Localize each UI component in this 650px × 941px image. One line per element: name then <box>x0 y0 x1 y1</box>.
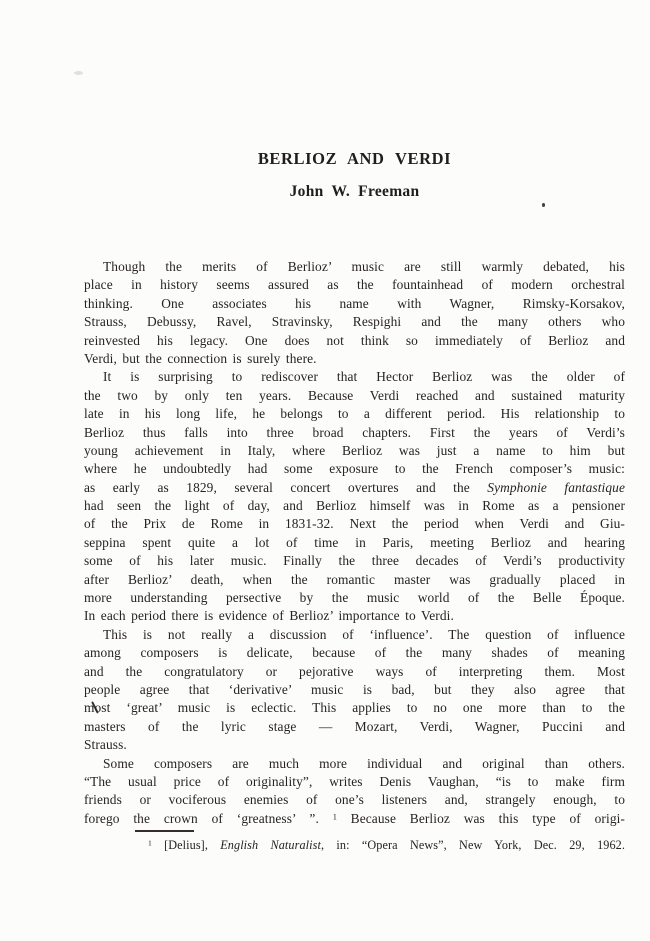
text-segment: late in his long life, he belongs to a d… <box>84 406 625 421</box>
text-line: Verdi, but the connection is surely ther… <box>84 350 625 368</box>
text-segment: Some composers are much more individual … <box>103 756 625 771</box>
scanned-page: BERLIOZ AND VERDI John W. Freeman Though… <box>0 0 650 941</box>
footnote-divider <box>135 830 194 832</box>
text-line: late in his long life, he belongs to a d… <box>84 405 625 423</box>
text-line: after Berlioz’ death, when the romantic … <box>84 571 625 589</box>
article-title: BERLIOZ AND VERDI <box>84 150 625 167</box>
text-line: young achievement in Italy, where Berlio… <box>84 442 625 460</box>
article-header: BERLIOZ AND VERDI John W. Freeman <box>84 150 625 200</box>
text-segment: some of his later music. Finally the thr… <box>84 553 625 568</box>
text-segment: , in: “Opera News”, New York, Dec. 29, 1… <box>321 838 625 852</box>
text-segment: after Berlioz’ death, when the romantic … <box>84 572 625 587</box>
text-line: friends or vociferous enemies of one’s l… <box>84 791 625 809</box>
ink-speck <box>542 203 545 207</box>
text-line: thinking. One associates his name with W… <box>84 295 625 313</box>
text-segment: and the congratulatory or pejorative way… <box>84 664 625 679</box>
text-line: and the congratulatory or pejorative way… <box>84 663 625 681</box>
text-segment: In each period there is evidence of Berl… <box>84 608 454 623</box>
text-segment: “The usual price of originality”, writes… <box>84 774 625 789</box>
text-line: had seen the light of day, and Berlioz h… <box>84 497 625 515</box>
text-line: people agree that ‘derivative’ music is … <box>84 681 625 699</box>
text-segment: Strauss, Debussy, Ravel, Stravinsky, Res… <box>84 314 625 329</box>
text-segment: Verdi, but the connection is surely ther… <box>84 351 317 366</box>
text-line: forego the crown of ‘greatness’ ”. 1 Bec… <box>84 810 625 828</box>
text-segment: Though the merits of Berlioz’ music are … <box>103 259 625 274</box>
text-segment: friends or vociferous enemies of one’s l… <box>84 792 625 807</box>
text-line: seppina spent quite a lot of time in Par… <box>84 534 625 552</box>
text-segment: [Delius], <box>152 838 220 852</box>
text-segment: more understanding persective by the mus… <box>84 590 625 605</box>
text-segment: had seen the light of day, and Berlioz h… <box>84 498 625 513</box>
faint-smudge <box>74 71 83 75</box>
article-author: John W. Freeman <box>84 183 625 200</box>
footnote: 1 [Delius], English Naturalist, in: “Ope… <box>84 838 625 853</box>
text-line: In each period there is evidence of Berl… <box>84 607 625 625</box>
text-line: most ‘great’ music is eclectic. This app… <box>84 699 625 717</box>
article-body: Though the merits of Berlioz’ music are … <box>84 258 625 828</box>
text-segment: Strauss. <box>84 737 127 752</box>
text-segment: reinvested his legacy. One does not thin… <box>84 333 625 348</box>
text-line: Strauss, Debussy, Ravel, Stravinsky, Res… <box>84 313 625 331</box>
text-line: some of his later music. Finally the thr… <box>84 552 625 570</box>
text-line: This is not really a discussion of ‘infl… <box>84 626 625 644</box>
text-line: reinvested his legacy. One does not thin… <box>84 332 625 350</box>
text-line: It is surprising to rediscover that Hect… <box>84 368 625 386</box>
text-line: Though the merits of Berlioz’ music are … <box>84 258 625 276</box>
text-line: place in history seems assured as the fo… <box>84 276 625 294</box>
text-line: Strauss. <box>84 736 625 754</box>
text-segment: This is not really a discussion of ‘infl… <box>103 627 625 642</box>
text-segment: as early as 1829, several concert overtu… <box>84 480 487 495</box>
text-line: more understanding persective by the mus… <box>84 589 625 607</box>
text-segment: among composers is delicate, because of … <box>84 645 625 660</box>
text-segment: Because Berlioz was this type of origi- <box>337 811 625 826</box>
text-segment: English Naturalist <box>220 838 321 852</box>
text-segment: of the Prix de Rome in 1831-32. Next the… <box>84 516 625 531</box>
text-line: “The usual price of originality”, writes… <box>84 773 625 791</box>
text-line: as early as 1829, several concert overtu… <box>84 479 625 497</box>
text-segment: people agree that ‘derivative’ music is … <box>84 682 625 697</box>
text-segment: Symphonie fantastique <box>487 480 625 495</box>
text-line: masters of the lyric stage — Mozart, Ver… <box>84 718 625 736</box>
text-line: of the Prix de Rome in 1831-32. Next the… <box>84 515 625 533</box>
text-segment: young achievement in Italy, where Berlio… <box>84 443 625 458</box>
text-segment: most ‘great’ music is eclectic. This app… <box>84 700 625 715</box>
text-segment: where he undoubtedly had some exposure t… <box>84 461 625 476</box>
text-segment: the two by only ten years. Because Verdi… <box>84 388 625 403</box>
text-line: Some composers are much more individual … <box>84 755 625 773</box>
text-segment: place in history seems assured as the fo… <box>84 277 625 292</box>
text-segment: It is surprising to rediscover that Hect… <box>103 369 625 384</box>
text-line: where he undoubtedly had some exposure t… <box>84 460 625 478</box>
text-segment: masters of the lyric stage — Mozart, Ver… <box>84 719 625 734</box>
text-line: the two by only ten years. Because Verdi… <box>84 387 625 405</box>
text-segment: forego the crown of ‘greatness’ ”. <box>84 811 333 826</box>
text-line: among composers is delicate, because of … <box>84 644 625 662</box>
text-segment: seppina spent quite a lot of time in Par… <box>84 535 625 550</box>
text-line: Berlioz thus falls into three broad chap… <box>84 424 625 442</box>
text-segment: thinking. One associates his name with W… <box>84 296 625 311</box>
text-segment: Berlioz thus falls into three broad chap… <box>84 425 625 440</box>
